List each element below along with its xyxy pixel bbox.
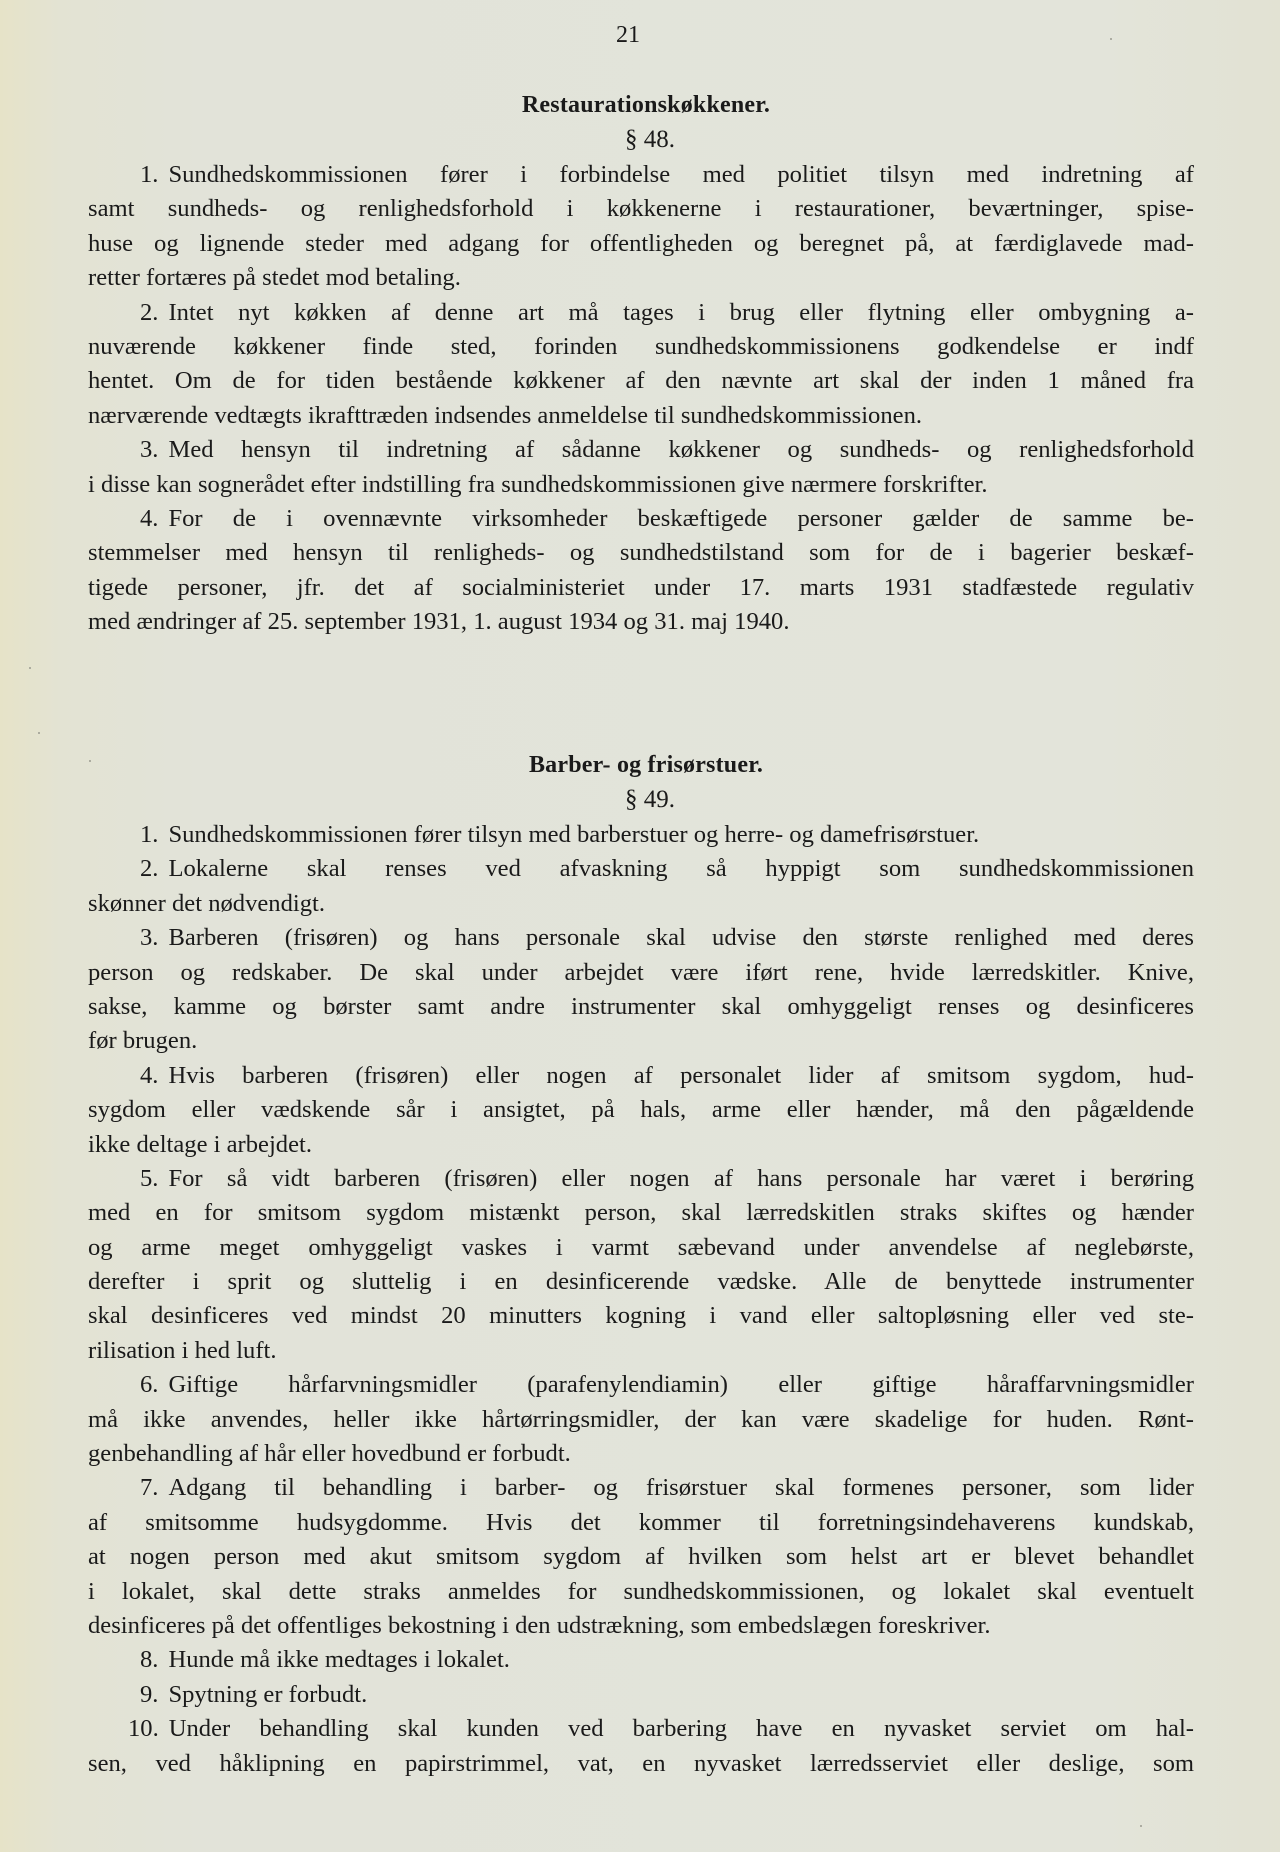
item-number: 6. (140, 1368, 158, 1402)
text-line: 9.Spytning er forbudt. (88, 1678, 1194, 1712)
text-line: samt sundheds- og renlighedsforhold i kø… (88, 192, 1194, 226)
text-line: person og redskaber. De skal under arbej… (88, 956, 1194, 990)
text-line: genbehandling af hår eller hovedbund er … (88, 1437, 1194, 1471)
section-title: Barber- og frisørstuer. (98, 748, 1194, 782)
text-line: derefter i sprit og sluttelig i en desin… (88, 1265, 1194, 1299)
text-line: 1.Sundhedskommissionen fører i forbindel… (88, 158, 1194, 192)
paper-speck (89, 760, 91, 762)
item-number: 4. (140, 502, 158, 536)
text-line: 2.Lokalerne skal renses ved afvaskning s… (88, 852, 1194, 886)
text-line: ikke deltage i arbejdet. (88, 1128, 1194, 1162)
text-line: 1.Sundhedskommissionen fører tilsyn med … (88, 818, 1194, 852)
text-line: skal desinficeres ved mindst 20 minutter… (88, 1299, 1194, 1333)
text-line: i lokalet, skal dette straks anmeldes fo… (88, 1575, 1194, 1609)
text-line: 10.Under behandling skal kunden ved barb… (88, 1712, 1194, 1746)
text-line: 8.Hunde må ikke medtages i lokalet. (88, 1643, 1194, 1677)
text-line: 3.Med hensyn til indretning af sådanne k… (88, 433, 1194, 467)
paragraph-mark: § 48. (106, 122, 1194, 158)
item-number: 1. (140, 158, 158, 192)
page-number: 21 (0, 22, 1256, 49)
section-barber-og-frisorstuer: Barber- og frisørstuer. § 49. 1.Sundheds… (88, 748, 1194, 1781)
text-line: stemmelser med hensyn til renligheds- og… (88, 536, 1194, 570)
text-line: 3.Barberen (frisøren) og hans personale … (88, 921, 1194, 955)
text-line: retter fortæres på stedet mod betaling. (88, 261, 1194, 295)
text-line: med ændringer af 25. september 1931, 1. … (88, 605, 1194, 639)
item-number: 3. (140, 433, 158, 467)
text-line: 4.For de i ovennævnte virksomheder beskæ… (88, 502, 1194, 536)
item-number: 2. (140, 852, 158, 886)
item-number: 4. (140, 1059, 158, 1093)
text-line: med en for smitsom sygdom mistænkt perso… (88, 1196, 1194, 1230)
text-line: 5.For så vidt barberen (frisøren) eller … (88, 1162, 1194, 1196)
text-line: sen, ved håklipning en papirstrimmel, va… (88, 1747, 1194, 1781)
text-line: før brugen. (88, 1024, 1194, 1058)
text-line: 4.Hvis barberen (frisøren) eller nogen a… (88, 1059, 1194, 1093)
item-number: 8. (140, 1643, 158, 1677)
text-line: må ikke anvendes, heller ikke hårtørring… (88, 1403, 1194, 1437)
paper-speck (1110, 38, 1112, 40)
text-line: 7.Adgang til behandling i barber- og fri… (88, 1471, 1194, 1505)
text-line: af smitsomme hudsygdomme. Hvis det komme… (88, 1506, 1194, 1540)
text-line: nuværende køkkener finde sted, forinden … (88, 330, 1194, 364)
text-line: sygdom eller vædskende sår i ansigtet, p… (88, 1093, 1194, 1127)
section-title: Restaurationskøkkener. (98, 88, 1194, 122)
text-line: at nogen person med akut smitsom sygdom … (88, 1540, 1194, 1574)
text-line: 2.Intet nyt køkken af denne art må tages… (88, 296, 1194, 330)
text-line: skønner det nødvendigt. (88, 887, 1194, 921)
section-restaurationskokkener: Restaurationskøkkener. § 48. 1.Sundhedsk… (88, 88, 1194, 639)
text-line: rilisation i hed luft. (88, 1334, 1194, 1368)
paper-speck (1140, 1825, 1142, 1827)
item-number: 2. (140, 296, 158, 330)
text-line: tigede personer, jfr. det af socialminis… (88, 571, 1194, 605)
item-number: 9. (140, 1678, 158, 1712)
item-number: 10. (128, 1712, 159, 1746)
text-line: 6.Giftige hårfarvningsmidler (parafenyle… (88, 1368, 1194, 1402)
item-number: 7. (140, 1471, 158, 1505)
text-line: nærværende vedtægts ikrafttræden indsend… (88, 399, 1194, 433)
text-line: sakse, kamme og børster samt andre instr… (88, 990, 1194, 1024)
item-number: 5. (140, 1162, 158, 1196)
paper-speck (29, 667, 31, 669)
text-line: og arme meget omhyggeligt vaskes i varmt… (88, 1231, 1194, 1265)
document-page: 21 Restaurationskøkkener. § 48. 1.Sundhe… (0, 0, 1280, 1852)
paper-speck (38, 732, 40, 734)
item-number: 1. (140, 818, 158, 852)
item-number: 3. (140, 921, 158, 955)
paragraph-mark: § 49. (106, 782, 1194, 818)
text-line: hentet. Om de for tiden bestående køkken… (88, 364, 1194, 398)
text-line: i disse kan sognerådet efter indstilling… (88, 468, 1194, 502)
text-line: huse og lignende steder med adgang for o… (88, 227, 1194, 261)
text-line: desinficeres på det offentliges bekostni… (88, 1609, 1194, 1643)
